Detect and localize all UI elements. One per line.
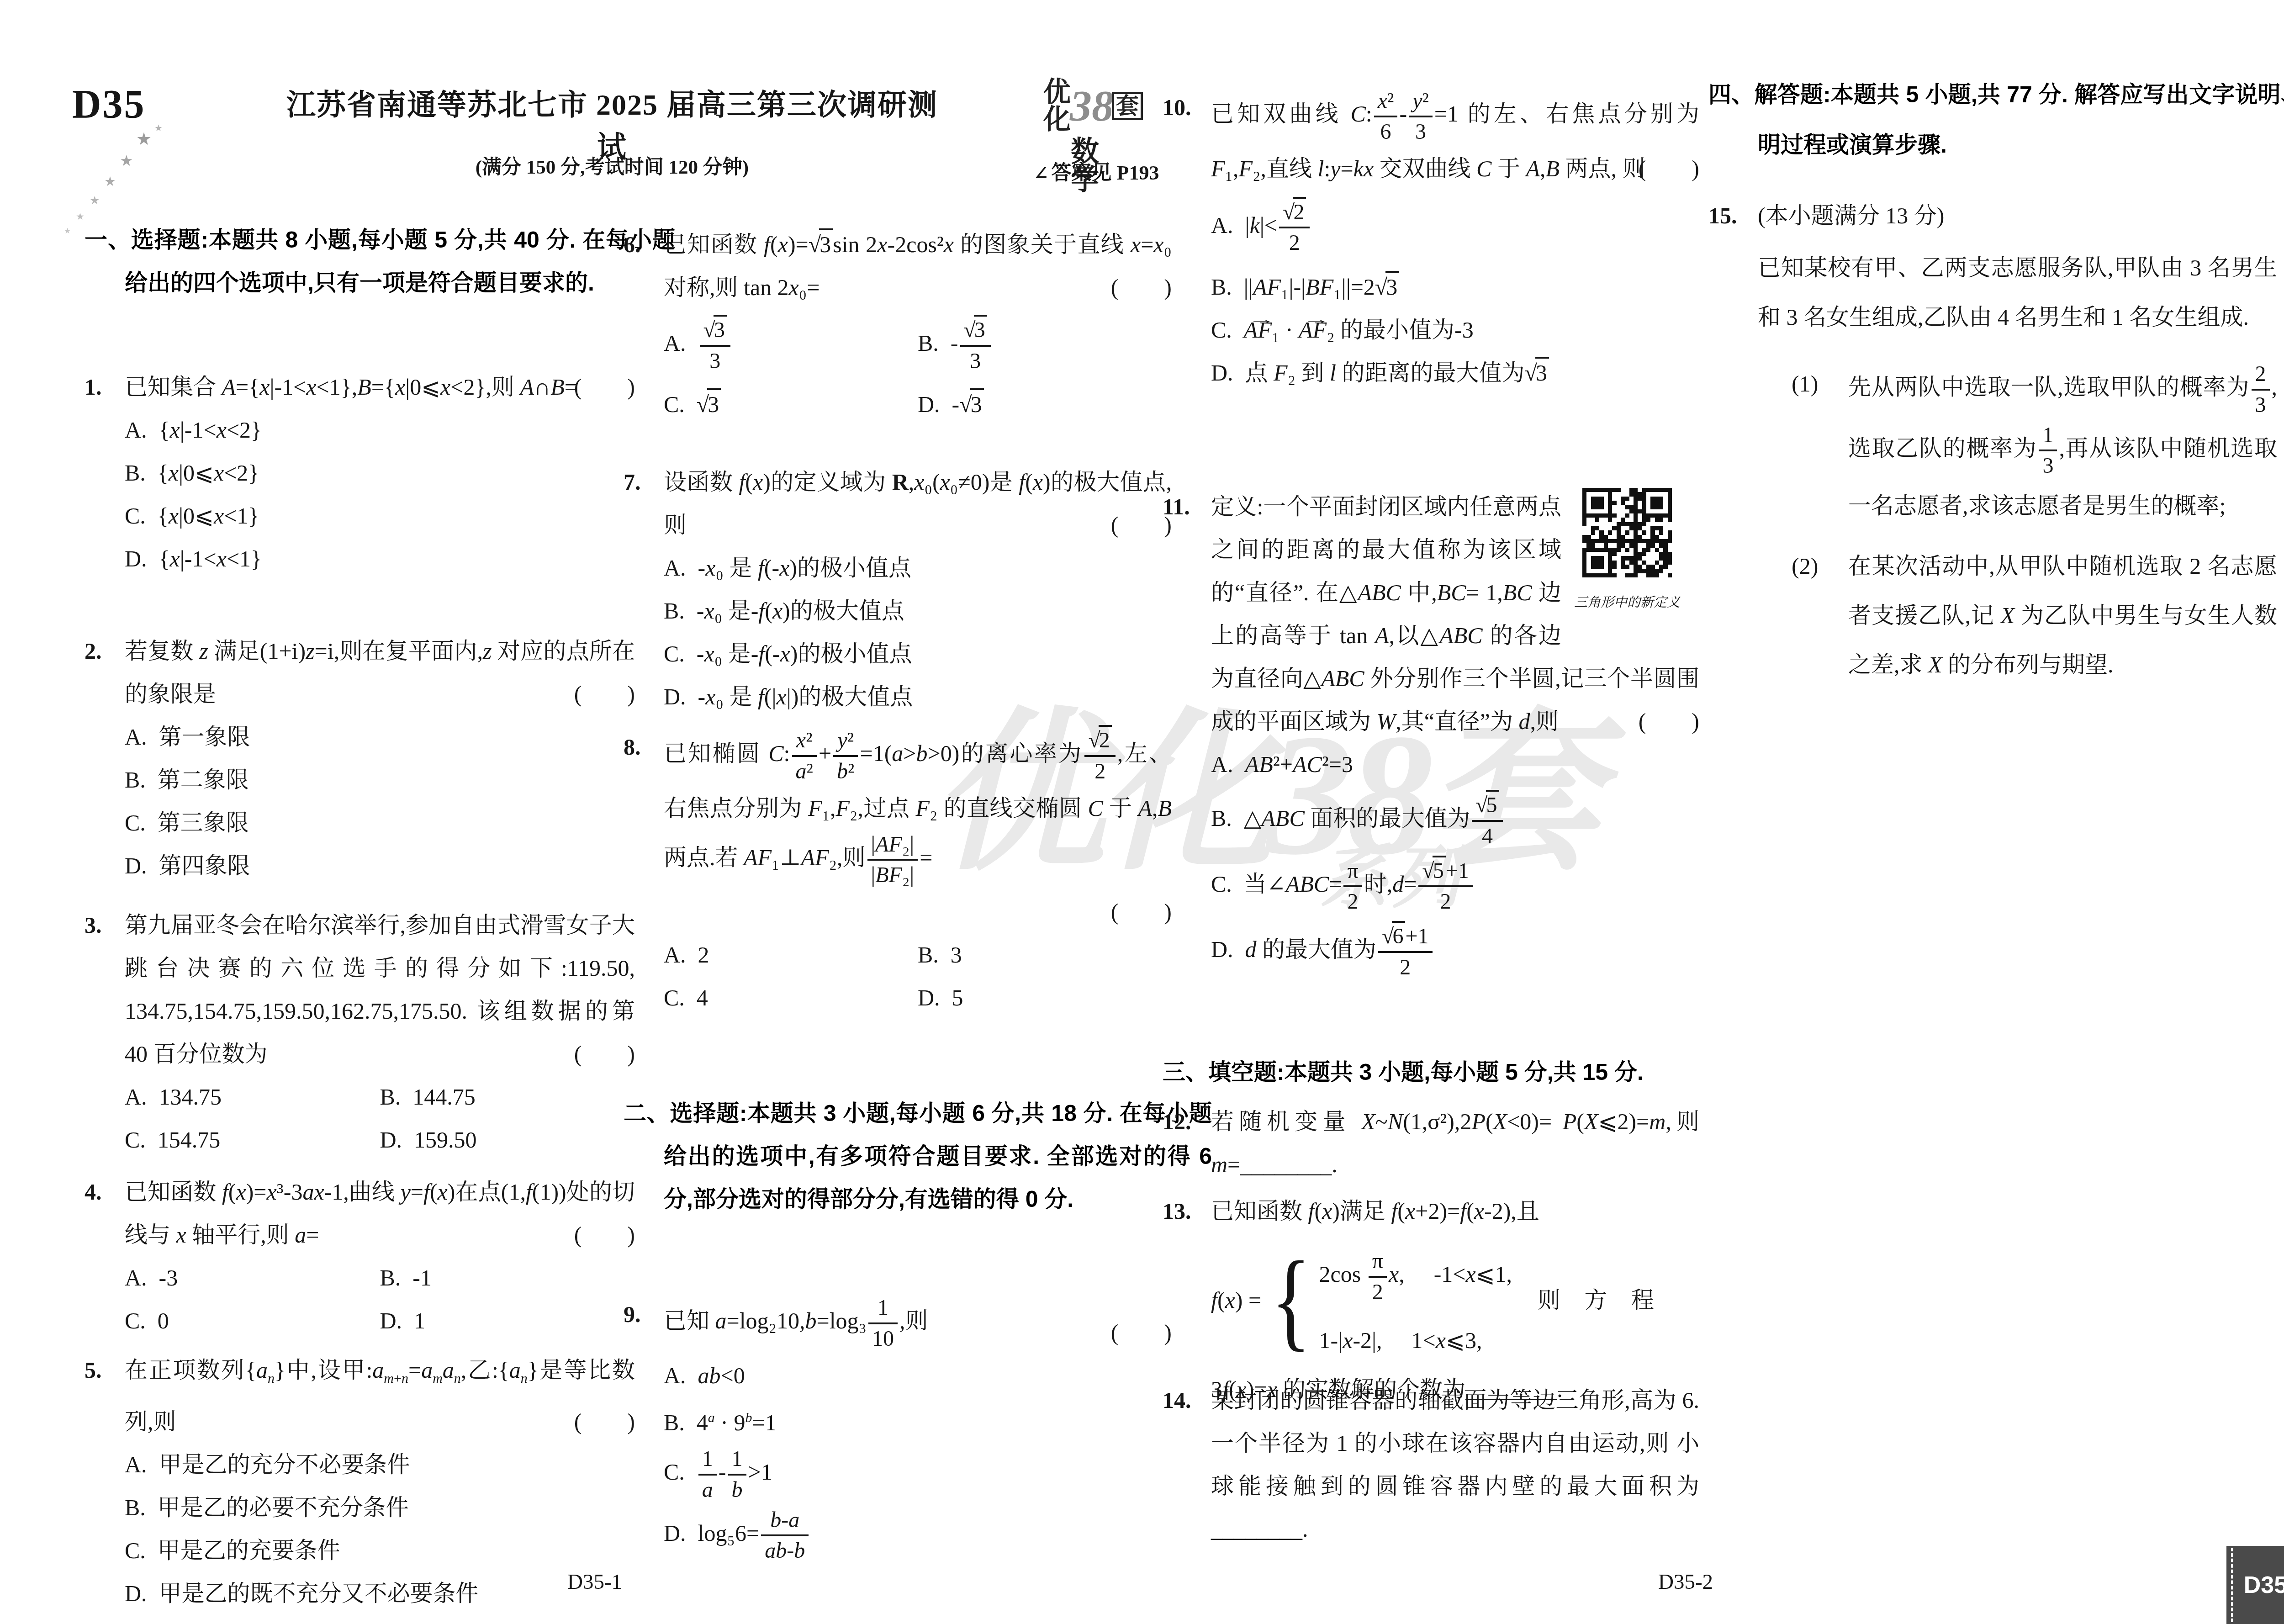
option-item: D.d 的最大值为√6+12	[1211, 921, 1699, 983]
option-item: D.{x|-1<x<1}	[125, 537, 635, 580]
option-item: B.{x|0⩽x<2}	[125, 451, 635, 494]
question-number: 15.	[1708, 191, 1737, 240]
option-item: B.第二象限	[125, 758, 635, 801]
question-number: 11.	[1163, 485, 1190, 528]
corner-tab-label: D35	[2231, 1548, 2284, 1622]
question-stem: 已知集合 A={x|-1<x<1},B={x|0⩽x<2},则 A∩B=( )	[125, 365, 635, 408]
question-9: 9. 已知 a=log₂10,b=log₃110,则( ) A.ab<0 B.4…	[624, 1293, 1172, 1566]
question-stem: 若随机变量 X~N(1,σ²),2P(X<0)= P(X⩽2)=m,则 m=__…	[1211, 1100, 1699, 1186]
question-1: 1. 已知集合 A={x|-1<x<1},B={x|0⩽x<2},则 A∩B=(…	[85, 365, 635, 580]
exam-page: 优化38套 系列 D35 ★ ★ ★ ★ ★ ★ ★ 江苏省南通等苏北七市 20…	[0, 0, 2284, 1624]
column-1: 一、选择题:本题共 8 小题,每小题 5 分,共 40 分. 在每小题给出的四个…	[85, 0, 635, 1624]
page-footer-right: D35-2	[1658, 1570, 1713, 1594]
question-stem: 第九届亚冬会在哈尔滨举行,参加自由式滑雪女子大跳台决赛的六位选手的得分如下:11…	[125, 904, 635, 1075]
option-item: C.AF₁ · AF₂ 的最小值为-3	[1211, 308, 1699, 351]
question-number: 6.	[624, 223, 641, 266]
question-number: 7.	[624, 460, 641, 503]
option-item: A.|k|<√22	[1211, 197, 1699, 259]
option-item: B.||AF₁|-|BF₁||=2√3	[1211, 265, 1699, 308]
option-item: A.ab<0	[664, 1354, 1172, 1397]
question-stem: 已知函数 f(x)满足 f(x+2)=f(x-2),且	[1211, 1190, 1699, 1233]
question-stem: 已知双曲线 C:x²6-y²3=1 的左、右焦点分别为 F₁,F₂,直线 l:y…	[1211, 86, 1699, 190]
option-item: C.第三象限	[125, 801, 635, 844]
sub-question-2: (2) 在某次活动中,从甲队中随机选取 2 名志愿者支援乙队,记 X 为乙队中男…	[1792, 541, 2277, 689]
question-intro: 已知某校有甲、乙两支志愿服务队,甲队由 3 名男生和 3 名女生组成,乙队由 4…	[1758, 243, 2277, 342]
question-number: 14.	[1163, 1379, 1191, 1422]
star-icon: ★	[76, 211, 85, 222]
question-number: 10.	[1163, 86, 1191, 129]
option-item: A.甲是乙的充分不必要条件	[125, 1443, 635, 1486]
question-stem: 设函数 f(x)的定义域为 R,x₀(x₀≠0)是 f(x)的极大值点,则( )	[664, 460, 1172, 546]
option-item: A.第一象限	[125, 715, 635, 758]
section-4-header: 四、解答题:本题共 5 小题,共 77 分. 解答应写出文字说明、证明过程或演算…	[1708, 69, 2284, 170]
option-item: A.-x₀ 是 f(-x)的极小值点	[664, 546, 1172, 589]
question-14: 14. 某封闭的圆锥容器的轴截面为等边三角形,高为 6.一个半径为 1 的小球在…	[1163, 1379, 1699, 1550]
option-item: B.甲是乙的必要不充分条件	[125, 1486, 635, 1529]
column-4: 四、解答题:本题共 5 小题,共 77 分. 解答应写出文字说明、证明过程或演算…	[1708, 0, 2277, 1624]
sub-question-1: (1) 先从两队中选取一队,选取甲队的概率为23, 选取乙队的概率为13,再从该…	[1792, 359, 2277, 530]
question-6: 6. 已知函数 f(x)=√3sin 2x-2cos²x 的图象关于直线 x=x…	[624, 223, 1172, 426]
question-number: 9.	[624, 1293, 641, 1336]
question-stem: 已知函数 f(x)=x³-3ax-1,曲线 y=f(x)在点(1,f(1))处的…	[125, 1170, 635, 1256]
question-number: 2.	[85, 629, 102, 672]
question-stem: 三角形中的新定义 定义:一个平面封闭区域内任意两点之间的距离的最大值称为该区域的…	[1211, 485, 1699, 743]
option-item: C.4	[664, 976, 918, 1019]
section-1-header: 一、选择题:本题共 8 小题,每小题 5 分,共 40 分. 在每小题给出的四个…	[85, 218, 675, 304]
star-icon: ★	[64, 227, 71, 236]
option-item: C.甲是乙的充要条件	[125, 1529, 635, 1572]
question-stem: 已知函数 f(x)=√3sin 2x-2cos²x 的图象关于直线 x=x₀ 对…	[664, 223, 1172, 309]
question-2: 2. 若复数 z 满足(1+i)z=i,则在复平面内,z 对应的点所在的象限是(…	[85, 629, 635, 887]
question-4: 4. 已知函数 f(x)=x³-3ax-1,曲线 y=f(x)在点(1,f(1)…	[85, 1170, 635, 1342]
option-item: C.{x|0⩽x<1}	[125, 494, 635, 537]
question-7: 7. 设函数 f(x)的定义域为 R,x₀(x₀≠0)是 f(x)的极大值点,则…	[624, 460, 1172, 718]
option-item: D.-√3	[918, 383, 1172, 426]
option-item: C.当∠ABC=π2时,d=√5+12	[1211, 856, 1699, 917]
sub-question-number: (1)	[1792, 359, 1818, 408]
option-item: B.-x₀ 是-f(x)的极大值点	[664, 589, 1172, 632]
answer-bracket: ( )	[1639, 700, 1699, 743]
question-head: (本小题满分 13 分)	[1758, 191, 2277, 240]
question-number: 1.	[85, 365, 102, 408]
sub-question-number: (2)	[1792, 541, 1818, 591]
option-item: A.AB²+AC²=3	[1211, 743, 1699, 786]
section-3-header: 三、填空题:本题共 3 小题,每小题 5 分,共 15 分.	[1163, 1051, 1739, 1094]
option-item: B.3	[918, 933, 1172, 976]
option-item: D.5	[918, 976, 1172, 1019]
question-number: 8.	[624, 725, 641, 768]
piecewise-function: f(x) = { 2cos π2x,-1<x⩽1, 1-|x-2|,1<x⩽3,…	[1211, 1246, 1699, 1354]
question-stem: 若复数 z 满足(1+i)z=i,则在复平面内,z 对应的点所在的象限是( )	[125, 629, 635, 715]
qr-caption: 三角形中的新定义	[1574, 595, 1680, 610]
question-stem: 已知椭圆 C:x²a²+y²b²=1(a>b>0)的离心率为√22,左、右焦点分…	[664, 725, 1172, 890]
option-item: A.2	[664, 933, 918, 976]
option-item: C.0	[125, 1299, 380, 1342]
option-item: A.134.75	[125, 1075, 380, 1118]
option-item: D.第四象限	[125, 844, 635, 887]
option-item: A.{x|-1<x<2}	[125, 408, 635, 451]
question-number: 3.	[85, 904, 102, 947]
qr-code	[1582, 488, 1672, 577]
question-stem: 某封闭的圆锥容器的轴截面为等边三角形,高为 6.一个半径为 1 的小球在该容器内…	[1211, 1379, 1699, 1550]
question-number: 12.	[1163, 1100, 1191, 1143]
section-2-header: 二、选择题:本题共 3 小题,每小题 6 分,共 18 分. 在每小题给出的选项…	[624, 1092, 1212, 1221]
question-number: 4.	[85, 1170, 102, 1213]
option-item: D.159.50	[380, 1118, 635, 1161]
question-number: 5.	[85, 1349, 102, 1391]
column-3: 10. 已知双曲线 C:x²6-y²3=1 的左、右焦点分别为 F₁,F₂,直线…	[1163, 0, 1699, 1624]
option-item: C.154.75	[125, 1118, 380, 1161]
option-item: D.点 F₂ 到 l 的距离的最大值为√3	[1211, 351, 1699, 394]
question-13: 13. 已知函数 f(x)满足 f(x+2)=f(x-2),且 f(x) = {…	[1163, 1190, 1699, 1411]
question-stem: 在正项数列{an}中,设甲:am+n=aman,乙:{an}是等比数列,则( )	[125, 1349, 635, 1443]
question-10: 10. 已知双曲线 C:x²6-y²3=1 的左、右焦点分别为 F₁,F₂,直线…	[1163, 86, 1699, 394]
answer-bracket: ( )	[664, 890, 1172, 933]
answer-bracket: ( )	[1639, 147, 1699, 190]
option-item: D.-x₀ 是 f(|x|)的极大值点	[664, 675, 1172, 718]
question-number: 13.	[1163, 1190, 1191, 1233]
question-5: 5. 在正项数列{an}中,设甲:am+n=aman,乙:{an}是等比数列,则…	[85, 1349, 635, 1615]
option-item: B.144.75	[380, 1075, 635, 1118]
question-12: 12. 若随机变量 X~N(1,σ²),2P(X<0)= P(X⩽2)=m,则 …	[1163, 1100, 1699, 1186]
brace-icon: {	[1271, 1250, 1311, 1349]
option-item: B.△ABC 面积的最大值为√54	[1211, 790, 1699, 852]
question-8: 8. 已知椭圆 C:x²a²+y²b²=1(a>b>0)的离心率为√22,左、右…	[624, 725, 1172, 1019]
option-item: B.4a · 9b=1	[664, 1397, 1172, 1444]
option-item: B.-1	[380, 1256, 635, 1299]
option-item: D.1	[380, 1299, 635, 1342]
option-item: C.-x₀ 是-f(-x)的极小值点	[664, 632, 1172, 675]
question-3: 3. 第九届亚冬会在哈尔滨举行,参加自由式滑雪女子大跳台决赛的六位选手的得分如下…	[85, 904, 635, 1161]
option-item: C.1a-1b>1	[664, 1444, 1172, 1505]
qr-block: 三角形中的新定义	[1573, 488, 1681, 624]
corner-tab: D35	[2226, 1546, 2284, 1624]
option-item: B.-√33	[918, 315, 1172, 376]
option-item: A.√33	[664, 315, 918, 376]
option-item: C.√3	[664, 383, 918, 426]
question-15: 15. (本小题满分 13 分) 已知某校有甲、乙两支志愿服务队,甲队由 3 名…	[1708, 191, 2277, 689]
page-footer-left: D35-1	[567, 1570, 622, 1594]
question-11: 11. 三角形中的新定义 定义:一个平面封闭区域内任意两点之间的距离的最大值称为…	[1163, 485, 1699, 983]
option-item: A.-3	[125, 1256, 380, 1299]
question-stem: 已知 a=log₂10,b=log₃110,则( )	[664, 1293, 1172, 1354]
option-item: D.log₅6=b-aab-b	[664, 1505, 1172, 1566]
column-2: 6. 已知函数 f(x)=√3sin 2x-2cos²x 的图象关于直线 x=x…	[624, 0, 1172, 1624]
option-item: D.甲是乙的既不充分又不必要条件	[125, 1572, 635, 1615]
